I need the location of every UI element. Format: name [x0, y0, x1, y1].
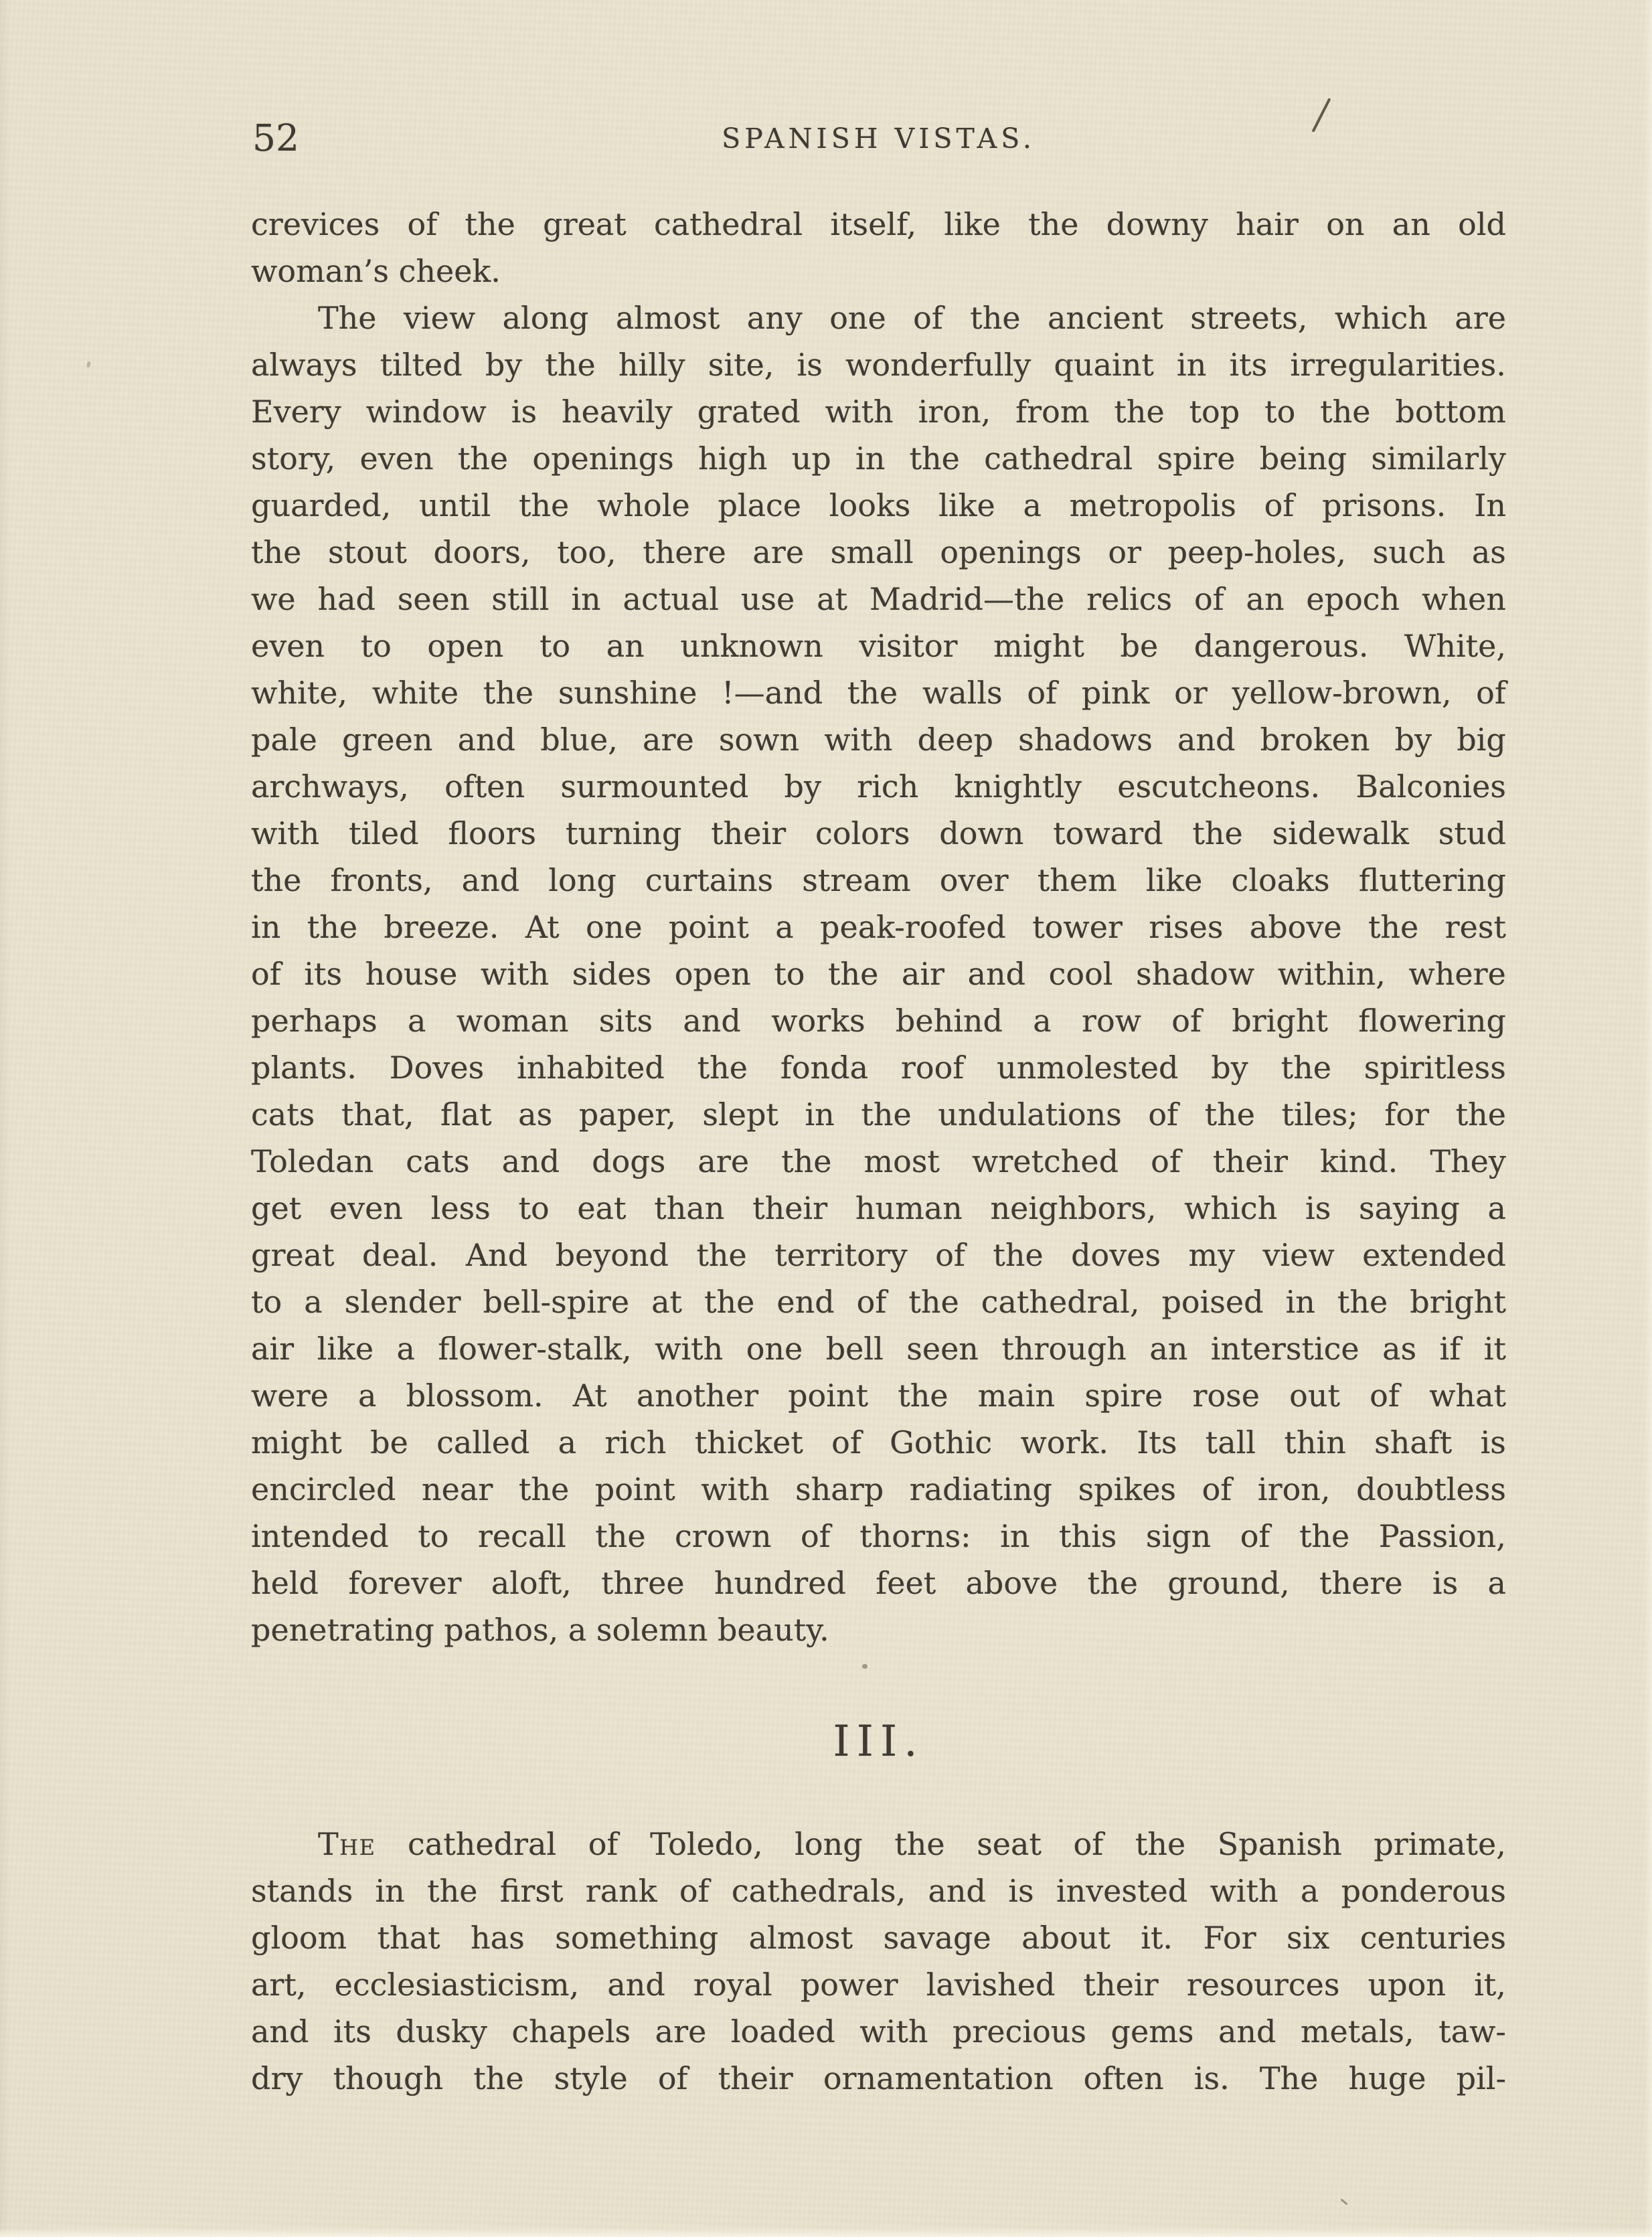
word: and — [683, 997, 741, 1044]
word: For — [1203, 1914, 1256, 1961]
word: and — [1177, 716, 1236, 763]
word: At — [573, 1372, 607, 1419]
word: sunshine — [558, 669, 697, 716]
text-line: archways,oftensurmountedbyrichknightlyes… — [251, 763, 1506, 810]
word: works — [771, 997, 865, 1044]
text-line: encirclednearthepointwithsharpradiatings… — [251, 1466, 1506, 1513]
word: cathedral — [984, 435, 1133, 482]
word: rank — [586, 1868, 657, 1914]
word: almost — [749, 1914, 853, 1961]
word: neighbors, — [990, 1185, 1156, 1232]
word: wonderfully — [845, 341, 1031, 388]
word: what — [1429, 1372, 1506, 1419]
word: is — [511, 388, 537, 435]
word: even — [360, 435, 434, 482]
word: colors — [815, 810, 910, 857]
word: of — [1027, 669, 1057, 716]
word: has — [471, 1914, 525, 1961]
running-header-title: SPANISH VISTAS. — [251, 118, 1506, 159]
word: though — [333, 2055, 444, 2102]
word: woman — [457, 997, 569, 1044]
word: this — [1059, 1513, 1117, 1560]
word: shaft — [1374, 1419, 1452, 1466]
word: there — [1319, 1560, 1403, 1606]
word: thicket — [695, 1419, 803, 1466]
word: sown — [719, 716, 799, 763]
word: by — [784, 763, 821, 810]
word: cloaks — [1232, 857, 1330, 904]
word: the — [251, 857, 301, 904]
word: along — [503, 295, 589, 341]
text-line: airlikeaflower-stalk,withonebellseenthro… — [251, 1325, 1506, 1372]
word: their — [718, 2055, 793, 2102]
word: their — [711, 810, 786, 857]
word: openings — [940, 529, 1081, 576]
word: bright — [1232, 997, 1328, 1044]
word: royal — [693, 1961, 772, 2008]
word: we — [251, 576, 296, 623]
word: an — [606, 623, 645, 669]
word: extended — [1362, 1232, 1506, 1278]
word: is — [797, 341, 823, 388]
word: style — [554, 2055, 628, 2102]
word: a — [1301, 1868, 1319, 1914]
word: to — [418, 1513, 448, 1560]
word: as — [1382, 1325, 1416, 1372]
word: long — [548, 857, 616, 904]
word: great — [543, 201, 627, 248]
intro-paragraphs: crevicesofthegreatcathedralitself,liketh… — [251, 201, 1506, 1653]
word: the — [781, 1138, 831, 1185]
word: the — [519, 482, 569, 529]
word: big — [1457, 716, 1506, 763]
word: behind — [896, 997, 1003, 1044]
word: taw- — [1438, 2008, 1506, 2055]
word: escutcheons. — [1117, 763, 1320, 810]
word: rest — [1445, 904, 1506, 950]
word: tiles; — [1282, 1091, 1358, 1138]
word: the — [1456, 1091, 1506, 1138]
text-line: wereablossom.Atanotherpointthemainspirer… — [251, 1372, 1506, 1419]
word: the — [1135, 1821, 1185, 1868]
word: row — [1082, 997, 1141, 1044]
word: unknown — [680, 623, 823, 669]
word: and — [928, 1868, 987, 1914]
word: called — [436, 1419, 529, 1466]
text-line: plants.Dovesinhabitedthefondaroofunmoles… — [251, 1044, 1506, 1091]
word: sign — [1146, 1513, 1211, 1560]
word: a — [304, 1278, 322, 1325]
word: in — [375, 1868, 404, 1914]
text-line: anditsduskychapelsareloadedwithpreciousg… — [251, 2008, 1506, 2055]
text-line: penetrating pathos, a solemn beauty. — [251, 1606, 1506, 1653]
word: They — [1430, 1138, 1506, 1185]
word: out — [1289, 1372, 1340, 1419]
text-line: greatdeal.Andbeyondtheterritoryofthedove… — [251, 1232, 1506, 1278]
word: crevices — [251, 201, 380, 248]
word: open — [675, 950, 751, 997]
word: something — [555, 1914, 718, 1961]
word: with — [824, 716, 892, 763]
running-header-row: 52 SPANISH VISTAS. — [251, 118, 1506, 158]
word: is — [1008, 1868, 1034, 1914]
word: open — [427, 623, 503, 669]
word: held — [251, 1560, 319, 1606]
word: plants. — [251, 1044, 357, 1091]
word: is — [1432, 1560, 1458, 1606]
word: view — [404, 295, 475, 341]
word: get — [251, 1185, 301, 1232]
text-line: alwaystiltedbythehillysite,iswonderfully… — [251, 341, 1506, 388]
word: fronts, — [330, 857, 432, 904]
word: or — [1174, 669, 1208, 716]
word: it — [1484, 1325, 1506, 1372]
word: to — [251, 1278, 282, 1325]
word: flower-stalk, — [438, 1325, 631, 1372]
text-line: gloomthathassomethingalmostsavageaboutit… — [251, 1914, 1506, 1961]
word: whole — [597, 482, 690, 529]
word: three — [601, 1560, 685, 1606]
word: like — [944, 201, 1001, 248]
word: a — [358, 1372, 376, 1419]
word: shadow — [1136, 950, 1254, 997]
word: And — [466, 1232, 527, 1278]
word: White, — [1404, 623, 1506, 669]
word: stout — [328, 529, 407, 576]
word: bright — [1410, 1278, 1506, 1325]
word: hundred — [714, 1560, 846, 1606]
word: up — [792, 435, 831, 482]
word: the — [970, 295, 1020, 341]
text-line: story,eventheopeningshighupinthecathedra… — [251, 435, 1506, 482]
word: rose — [1192, 1372, 1260, 1419]
word: breeze. — [384, 904, 499, 950]
word: six — [1287, 1914, 1329, 1961]
word: the — [1281, 1044, 1331, 1091]
word: roof — [901, 1044, 964, 1091]
word: high — [698, 435, 767, 482]
word: Toledan — [251, 1138, 374, 1185]
word: walls — [922, 669, 1003, 716]
word: story, — [251, 435, 335, 482]
word: art, — [251, 1961, 307, 2008]
word: pale — [251, 716, 317, 763]
word: The — [318, 1821, 376, 1868]
word: at — [651, 1278, 682, 1325]
word: tilted — [380, 341, 463, 388]
word: seen — [906, 1325, 979, 1372]
word: is. — [1194, 2055, 1230, 2102]
word: cathedral — [654, 201, 803, 248]
word: use — [741, 576, 795, 623]
word: relics — [1086, 576, 1172, 623]
word: huge — [1349, 2055, 1426, 2102]
word: pil- — [1457, 2055, 1506, 2102]
word: epoch — [1306, 576, 1400, 623]
word: cathedrals, — [732, 1868, 906, 1914]
word: still — [491, 576, 549, 623]
word: less — [431, 1185, 491, 1232]
text-line: getevenlesstoeatthantheirhumanneighbors,… — [251, 1185, 1506, 1232]
word: the — [898, 1372, 948, 1419]
text-line: guarded,untilthewholeplacelookslikeametr… — [251, 482, 1506, 529]
word: In — [1474, 482, 1506, 529]
word: broken — [1260, 716, 1370, 763]
word: the — [828, 950, 878, 997]
word: sits — [599, 997, 653, 1044]
text-line: Toledancatsanddogsarethemostwretchedofth… — [251, 1138, 1506, 1185]
word: flat — [440, 1091, 492, 1138]
word: The — [1260, 2055, 1319, 2102]
text-line: woman’s cheek. — [251, 248, 1506, 295]
word: openings — [532, 435, 673, 482]
word: the — [307, 904, 357, 950]
word: At — [525, 904, 560, 950]
text-line: palegreenandblue,aresownwithdeepshadowsa… — [251, 716, 1506, 763]
word: point — [788, 1372, 868, 1419]
word: ground, — [1167, 1560, 1289, 1606]
word: of — [857, 1278, 887, 1325]
word: of — [251, 950, 281, 997]
word: the — [458, 435, 508, 482]
word: or — [1108, 529, 1141, 576]
word: crown — [675, 1513, 771, 1560]
word: too, — [557, 529, 616, 576]
word: perhaps — [251, 997, 378, 1044]
word: my — [1189, 1232, 1236, 1278]
word: pink — [1082, 669, 1150, 716]
word: by — [485, 341, 522, 388]
word: the — [465, 201, 515, 248]
word: point — [669, 904, 749, 950]
word: by — [1395, 716, 1432, 763]
word: a — [1488, 1560, 1506, 1606]
word: gloom — [251, 1914, 347, 1961]
word: of — [408, 201, 438, 248]
word: slender — [345, 1278, 461, 1325]
ink-speck — [86, 361, 91, 368]
word: recall — [478, 1513, 566, 1560]
word: and — [968, 950, 1026, 997]
word: are — [655, 2008, 707, 2055]
word: about — [1021, 1914, 1110, 1961]
word: precious — [953, 2008, 1086, 2055]
word: over — [940, 857, 1009, 904]
word: until — [419, 482, 491, 529]
text-line: wehadseenstillinactualuseatMadrid—therel… — [251, 576, 1506, 623]
page-number: 52 — [252, 118, 299, 158]
word: doves — [1071, 1232, 1161, 1278]
word: of — [1370, 1372, 1400, 1419]
word: yellow-brown, — [1232, 669, 1451, 716]
word: is — [1481, 1419, 1506, 1466]
word: when — [1422, 576, 1506, 623]
word: peak-roofed — [820, 904, 1006, 950]
word: be — [1121, 623, 1159, 669]
word: Madrid—the — [870, 576, 1064, 623]
word: stands — [251, 1868, 353, 1914]
word: even — [251, 623, 325, 669]
word: bell — [826, 1325, 884, 1372]
word: any — [747, 295, 803, 341]
word: and — [607, 1961, 665, 2008]
word: the — [908, 1278, 959, 1325]
word: within, — [1278, 950, 1386, 997]
text-line: thestoutdoors,too,therearesmallopeningso… — [251, 529, 1506, 576]
word: are — [697, 1138, 749, 1185]
word: to — [540, 623, 570, 669]
word: toward — [1053, 810, 1163, 857]
word: dusky — [396, 2008, 487, 2055]
word: poised — [1161, 1278, 1263, 1325]
word: paper, — [579, 1091, 676, 1138]
word: be — [370, 1419, 408, 1466]
word: of — [1171, 997, 1202, 1044]
word: even — [329, 1185, 403, 1232]
word: iron, — [1258, 1466, 1331, 1513]
word: stream — [802, 857, 910, 904]
word: one — [586, 904, 643, 950]
word: interstice — [1211, 1325, 1359, 1372]
word: through — [1001, 1325, 1127, 1372]
word: centuries — [1360, 1914, 1506, 1961]
word: and — [462, 857, 520, 904]
word: thin — [1284, 1419, 1345, 1466]
word: air — [251, 1325, 294, 1372]
word: cathedral, — [981, 1278, 1140, 1325]
word: end — [776, 1278, 834, 1325]
word: heavily — [562, 388, 673, 435]
word: might — [993, 623, 1084, 669]
word: inhabited — [517, 1044, 665, 1091]
word: near — [422, 1466, 493, 1513]
word: of — [1074, 1821, 1104, 1868]
word: with — [701, 1466, 769, 1513]
word: of — [588, 1821, 618, 1868]
word: Spanish — [1218, 1821, 1342, 1868]
word: dogs — [592, 1138, 665, 1185]
word: tiled — [349, 810, 419, 857]
word: encircled — [251, 1466, 396, 1513]
word: hilly — [618, 341, 685, 388]
word: the — [1320, 388, 1370, 435]
text-line: ofitshousewithsidesopentotheairandcoolsh… — [251, 950, 1506, 997]
word: wretched — [972, 1138, 1119, 1185]
word: and — [458, 716, 516, 763]
word: one — [746, 1325, 803, 1372]
word: old — [1458, 201, 1506, 248]
text-line: art,ecclesiasticism,androyalpowerlavishe… — [251, 1961, 1506, 2008]
word: iron, — [918, 388, 991, 435]
word: loaded — [731, 2008, 835, 2055]
word: the — [1205, 1091, 1255, 1138]
word: in — [1000, 1513, 1029, 1560]
word: of — [1151, 1138, 1181, 1185]
word: with — [859, 2008, 928, 2055]
word: curtains — [645, 857, 773, 904]
word: ancient — [1048, 295, 1163, 341]
word: to — [774, 950, 805, 997]
text-line: perhapsawomansitsandworksbehindarowofbri… — [251, 997, 1506, 1044]
word: Passion, — [1379, 1513, 1506, 1560]
word: most — [864, 1138, 940, 1185]
word: sidewalk — [1272, 810, 1409, 857]
word: often — [1084, 2055, 1164, 2102]
word: blue, — [540, 716, 618, 763]
word: feet — [876, 1560, 936, 1606]
word: blossom. — [406, 1372, 544, 1419]
word: are — [1455, 295, 1506, 341]
word: guarded, — [251, 482, 391, 529]
word: with — [825, 388, 893, 435]
word: looks — [829, 482, 911, 529]
word: of — [1202, 1466, 1232, 1513]
word: a — [1033, 997, 1051, 1044]
word: main — [978, 1372, 1055, 1419]
word: at — [817, 576, 847, 623]
word: an — [1246, 576, 1285, 623]
word: deep — [918, 716, 993, 763]
word: irregularities. — [1290, 341, 1505, 388]
word: chapels — [511, 2008, 631, 2055]
word: of — [1240, 1513, 1270, 1560]
word: had — [317, 576, 376, 623]
word: to — [361, 623, 392, 669]
word: of — [935, 1232, 965, 1278]
word: rises — [1149, 904, 1223, 950]
word: point — [595, 1466, 675, 1513]
word: than — [654, 1185, 724, 1232]
word: white, — [251, 669, 347, 716]
section-heading: III. — [251, 1715, 1506, 1768]
word: dry — [251, 2055, 303, 2102]
text-line: Theviewalongalmostanyoneoftheancientstre… — [251, 295, 1506, 341]
word: dangerous. — [1194, 623, 1369, 669]
word: in — [855, 435, 885, 482]
word: one — [829, 295, 886, 341]
word: seen — [398, 576, 470, 623]
word: in — [1286, 1278, 1315, 1325]
word: Its — [1137, 1419, 1177, 1466]
word: the — [483, 669, 533, 716]
word: bottom — [1395, 388, 1505, 435]
page-right-edge-shading — [1644, 0, 1652, 2237]
word: of — [831, 1419, 861, 1466]
word: rich — [857, 763, 918, 810]
word: deal. — [362, 1232, 438, 1278]
word: another — [637, 1372, 758, 1419]
word: of — [1476, 669, 1506, 716]
word: their — [1213, 1138, 1288, 1185]
book-page: 52 SPANISH VISTAS. crevicesofthegreatcat… — [0, 0, 1652, 2237]
word: in — [805, 1091, 834, 1138]
word: such — [1373, 529, 1446, 576]
word: and — [251, 2008, 309, 2055]
word: with — [481, 950, 549, 997]
word: similarly — [1371, 435, 1505, 482]
word: flowering — [1358, 997, 1506, 1044]
word: that — [378, 1914, 440, 1961]
word: primate, — [1374, 1821, 1506, 1868]
word: if — [1440, 1325, 1461, 1372]
word: might — [251, 1419, 342, 1466]
word: stud — [1438, 810, 1506, 857]
word: forever — [348, 1560, 461, 1606]
word: spire — [1084, 1372, 1163, 1419]
text-line: drythoughthestyleoftheirornamentationoft… — [251, 2055, 1506, 2102]
word: knightly — [955, 763, 1082, 810]
word: floors — [448, 810, 536, 857]
